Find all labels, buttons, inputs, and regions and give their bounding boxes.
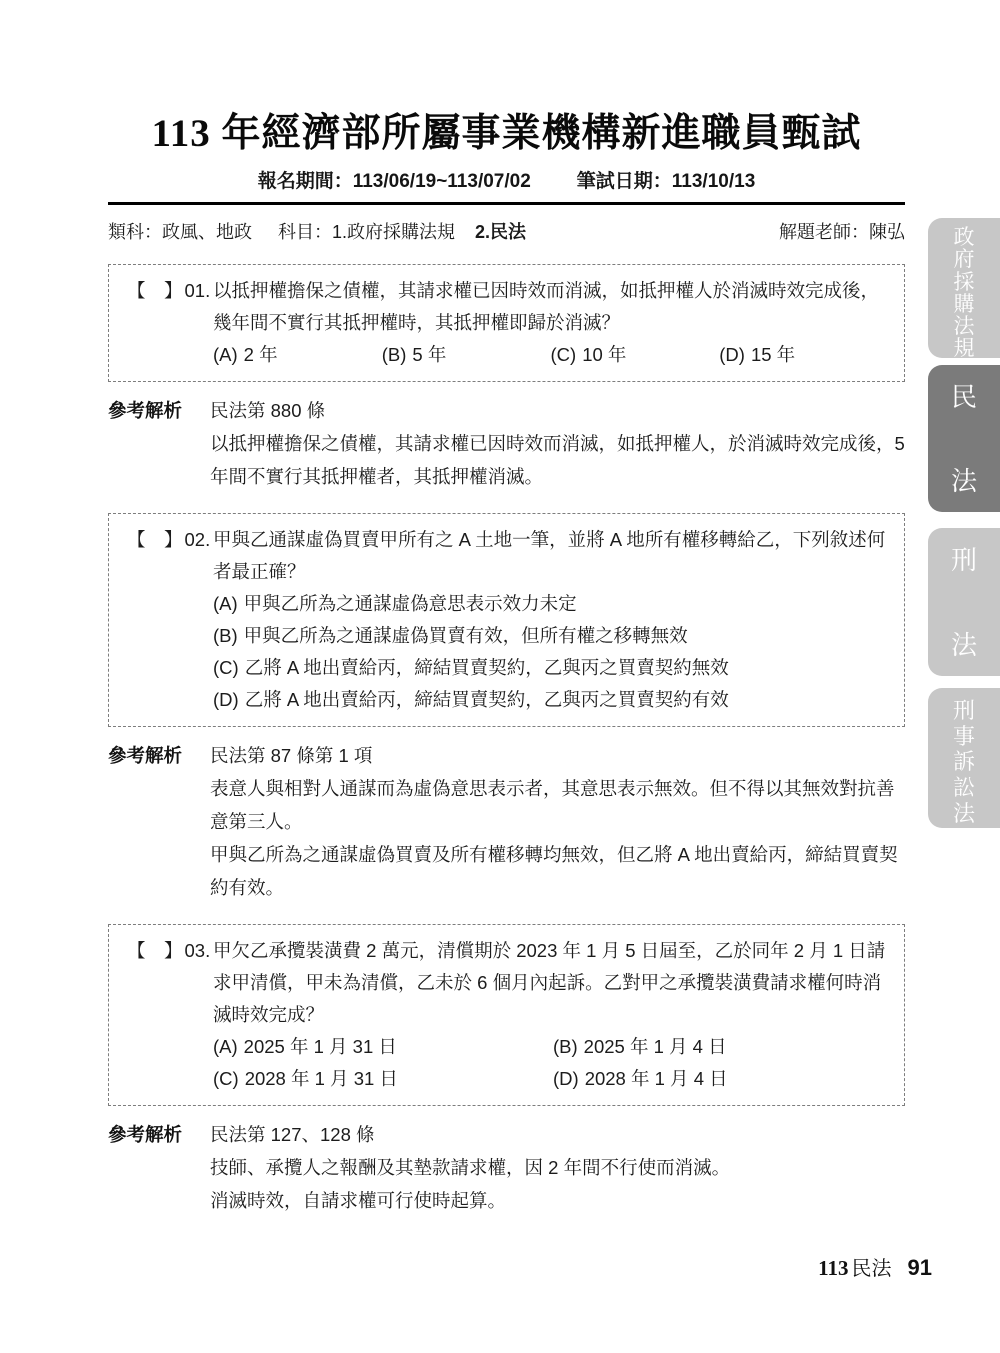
question-3-text: 甲欠乙承攬裝潢費 2 萬元，清償期於 2023 年 1 月 5 日屆至，乙於同年… — [213, 935, 888, 1031]
footer-page-number: 91 — [908, 1255, 932, 1281]
exam-subjects: 科目：1.政府採購法規 — [278, 218, 455, 244]
sidebar-tab-2: 民法 — [928, 365, 1000, 512]
analysis-content-2: 民法第 87 條第 1 項 表意人與相對人通謀而為虛偽意思表示者，其意思表示無效… — [210, 739, 905, 904]
question-box-2: 【 】 02. 甲與乙通謀虛偽買賣甲所有之 A 土地一筆，並將 A 地所有權移轉… — [108, 513, 905, 727]
analysis-line: 民法第 87 條第 1 項 — [210, 739, 905, 772]
question-1-line: 【 】 01. 以抵押權擔保之債權，其請求權已因時效而消滅，如抵押權人於消滅時效… — [127, 275, 888, 339]
page-title: 113 年經濟部所屬事業機構新進職員甄試 — [108, 110, 905, 159]
exam-subject-current: 2.民法 — [475, 218, 526, 244]
page-footer: 113 民法 91 — [818, 1252, 932, 1281]
exam-teacher: 解題老師：陳弘 — [779, 218, 905, 244]
sidebar-tab-3: 刑法 — [928, 528, 1000, 676]
analysis-block-1: 參考解析 民法第 880 條 以抵押權擔保之債權，其請求權已因時效而消滅，如抵押… — [108, 394, 905, 493]
option-a: (A) 2025 年 1 月 31 日 — [213, 1031, 553, 1063]
option-c: (C) 乙將 A 地出賣給丙，締結買賣契約，乙與丙之買賣契約無效 — [213, 652, 888, 684]
exam-date: 筆試日期：113/10/13 — [577, 166, 755, 193]
footer-subject: 民法 — [852, 1252, 892, 1281]
analysis-content-3: 民法第 127、128 條 技師、承攬人之報酬及其墊款請求權，因 2 年間不行使… — [210, 1118, 905, 1217]
option-b: (B) 5 年 — [382, 339, 551, 371]
footer-volume: 113 — [818, 1256, 848, 1281]
document-page: 113 年經濟部所屬事業機構新進職員甄試 報名期間：113/06/19~113/… — [0, 0, 1000, 1353]
analysis-line: 表意人與相對人通謀而為虛偽意思表示者，其意思表示無效。但不得以其無效對抗善意第三… — [210, 772, 905, 838]
main-content: 113 年經濟部所屬事業機構新進職員甄試 報名期間：113/06/19~113/… — [108, 0, 905, 1217]
registration-period: 報名期間：113/06/19~113/07/02 — [258, 166, 531, 193]
analysis-line: 以抵押權擔保之債權，其請求權已因時效而消滅，如抵押權人，於消滅時效完成後，5 年… — [210, 427, 905, 493]
analysis-line: 技師、承攬人之報酬及其墊款請求權，因 2 年間不行使而消滅。 — [210, 1151, 905, 1184]
answer-bracket: 【 】 — [127, 524, 183, 556]
exam-dates-row: 報名期間：113/06/19~113/07/02 筆試日期：113/10/13 — [108, 166, 905, 193]
option-b: (B) 甲與乙所為之通謀虛偽買賣有效，但所有權之移轉無效 — [213, 620, 888, 652]
option-d: (D) 15 年 — [719, 339, 888, 371]
option-d: (D) 乙將 A 地出賣給丙，締結買賣契約，乙與丙之買賣契約有效 — [213, 684, 888, 716]
question-1-options: (A) 2 年 (B) 5 年 (C) 10 年 (D) 15 年 — [213, 339, 888, 371]
question-2-prefix: 【 】 02. — [127, 524, 213, 556]
option-a: (A) 2 年 — [213, 339, 382, 371]
question-number: 01. — [185, 275, 211, 307]
analysis-line: 民法第 880 條 — [210, 394, 905, 427]
question-2-text: 甲與乙通謀虛偽買賣甲所有之 A 土地一筆，並將 A 地所有權移轉給乙，下列敘述何… — [213, 524, 888, 588]
question-box-3: 【 】 03. 甲欠乙承攬裝潢費 2 萬元，清償期於 2023 年 1 月 5 … — [108, 924, 905, 1106]
question-number: 02. — [185, 524, 211, 556]
analysis-line: 民法第 127、128 條 — [210, 1118, 905, 1151]
question-2-line: 【 】 02. 甲與乙通謀虛偽買賣甲所有之 A 土地一筆，並將 A 地所有權移轉… — [127, 524, 888, 588]
option-c: (C) 10 年 — [551, 339, 720, 371]
analysis-line: 甲與乙所為之通謀虛偽買賣及所有權移轉均無效，但乙將 A 地出賣給丙，締結買賣契約… — [210, 838, 905, 904]
question-3-options: (A) 2025 年 1 月 31 日 (B) 2025 年 1 月 4 日 (… — [213, 1031, 888, 1095]
analysis-line: 消滅時效，自請求權可行使時起算。 — [210, 1184, 905, 1217]
analysis-block-2: 參考解析 民法第 87 條第 1 項 表意人與相對人通謀而為虛偽意思表示者，其意… — [108, 739, 905, 904]
analysis-label: 參考解析 — [108, 1118, 210, 1217]
question-box-1: 【 】 01. 以抵押權擔保之債權，其請求權已因時效而消滅，如抵押權人於消滅時效… — [108, 264, 905, 382]
analysis-content-1: 民法第 880 條 以抵押權擔保之債權，其請求權已因時效而消滅，如抵押權人，於消… — [210, 394, 905, 493]
option-d: (D) 2028 年 1 月 4 日 — [553, 1063, 888, 1095]
option-b: (B) 2025 年 1 月 4 日 — [553, 1031, 888, 1063]
option-c: (C) 2028 年 1 月 31 日 — [213, 1063, 553, 1095]
question-1-text: 以抵押權擔保之債權，其請求權已因時效而消滅，如抵押權人於消滅時效完成後，幾年間不… — [213, 275, 888, 339]
option-a: (A) 甲與乙所為之通謀虛偽意思表示效力未定 — [213, 588, 888, 620]
answer-bracket: 【 】 — [127, 275, 183, 307]
analysis-block-3: 參考解析 民法第 127、128 條 技師、承攬人之報酬及其墊款請求權，因 2 … — [108, 1118, 905, 1217]
sidebar-tab-4: 刑事訴訟法 — [928, 688, 1000, 828]
answer-bracket: 【 】 — [127, 935, 183, 967]
analysis-label: 參考解析 — [108, 739, 210, 904]
question-number: 03. — [185, 935, 211, 967]
question-3-line: 【 】 03. 甲欠乙承攬裝潢費 2 萬元，清償期於 2023 年 1 月 5 … — [127, 935, 888, 1031]
exam-info-row: 類科：政風、地政 科目：1.政府採購法規 2.民法 解題老師：陳弘 — [108, 218, 905, 244]
question-3-prefix: 【 】 03. — [127, 935, 213, 967]
analysis-label: 參考解析 — [108, 394, 210, 493]
exam-category: 類科：政風、地政 — [108, 218, 252, 244]
sidebar-tab-1: 政府採購法規 — [928, 218, 1000, 358]
question-1-prefix: 【 】 01. — [127, 275, 213, 307]
question-2-options: (A) 甲與乙所為之通謀虛偽意思表示效力未定 (B) 甲與乙所為之通謀虛偽買賣有… — [213, 588, 888, 716]
header-divider — [108, 202, 905, 205]
